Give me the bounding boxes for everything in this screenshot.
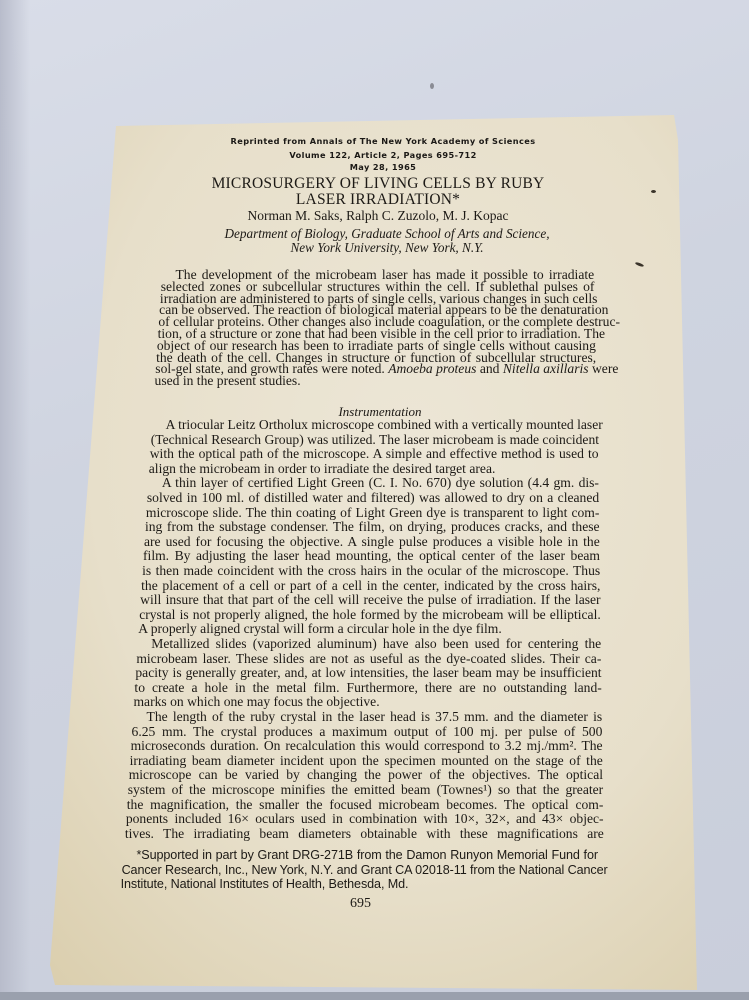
date-line: May 28, 1965 (222, 162, 544, 172)
affiliation-line-2: New York University, New York, N.Y. (222, 240, 552, 256)
footnote-line: Cancer Research, Inc., New York, N.Y. an… (122, 863, 598, 877)
authors: Norman M. Saks, Ralph C. Zuzolo, M. J. K… (218, 208, 538, 224)
body-line: pacity is generally greater, and, at low… (135, 666, 601, 680)
document-text: Reprinted from Annals of The New York Ac… (0, 0, 749, 1000)
body-line: A thin layer of certified Light Green (C… (162, 476, 599, 490)
body-line: to create a hole in the metal film. Furt… (134, 681, 601, 695)
abstract-line: used in the present studies. (155, 374, 597, 388)
body-line: A properly aligned crystal will form a c… (138, 622, 601, 636)
body-line: (Technical Research Group) was utilized.… (151, 433, 599, 447)
stain-mark (651, 190, 656, 193)
stain-mark (430, 83, 434, 89)
body-line: crystal is not properly aligned, the hol… (139, 608, 601, 622)
body-line: microseconds duration. On recalculation … (131, 739, 603, 753)
body-line: microscope slide. The thin coating of Li… (146, 506, 599, 520)
table-edge (0, 992, 749, 1000)
body-line: microbeam laser. These slides are not as… (136, 652, 601, 666)
body-line: is then made coincident with the cross h… (142, 564, 600, 578)
reprint-line: Reprinted from Annals of The New York Ac… (222, 136, 544, 146)
body-line: ponents included 16× oculars used in com… (126, 812, 604, 826)
body-line: marks on which one may focus the objecti… (133, 695, 602, 709)
body-line: The length of the ruby crystal in the la… (147, 710, 603, 724)
volume-line: Volume 122, Article 2, Pages 695-712 (222, 150, 544, 160)
body-line: will insure that that part of the cell w… (140, 593, 600, 607)
footnote-line: Institute, National Institutes of Health… (121, 877, 598, 891)
body-line: solved in 100 ml. of distilled water and… (147, 491, 599, 505)
footnote-line: *Supported in part by Grant DRG-271B fro… (136, 848, 597, 862)
article-title-line-2: LASER IRRADIATION* (208, 191, 548, 209)
body-line: tives. The irradiating beam diameters ob… (125, 827, 604, 841)
body-line: the magnification, the smaller the focus… (127, 798, 604, 812)
body-line: microscope can be varied by changing the… (129, 768, 603, 782)
body-line: film. By adjusting the laser head mounti… (143, 549, 600, 563)
body-line: 6.25 mm. The crystal produces a maximum … (132, 725, 603, 739)
body-line: Metallized slides (vaporized aluminum) h… (151, 637, 601, 651)
page-number: 695 (350, 896, 371, 912)
body-line: system of the microscope minifies the em… (128, 783, 603, 797)
body-line: A triocular Leitz Ortholux microscope co… (166, 418, 599, 432)
body-line: are used for focusing the objective. A s… (144, 535, 600, 549)
body-line: with the optical path of the microscope.… (150, 447, 599, 461)
body-line: align the microbeam in order to irradiat… (149, 462, 599, 476)
body-line: the placement of a cell or part of a cel… (141, 579, 600, 593)
body-line: irradiating beam diameter incident upon … (130, 754, 603, 768)
body-line: ing from the substage condenser. The fil… (145, 520, 600, 534)
stain-mark (635, 262, 644, 268)
